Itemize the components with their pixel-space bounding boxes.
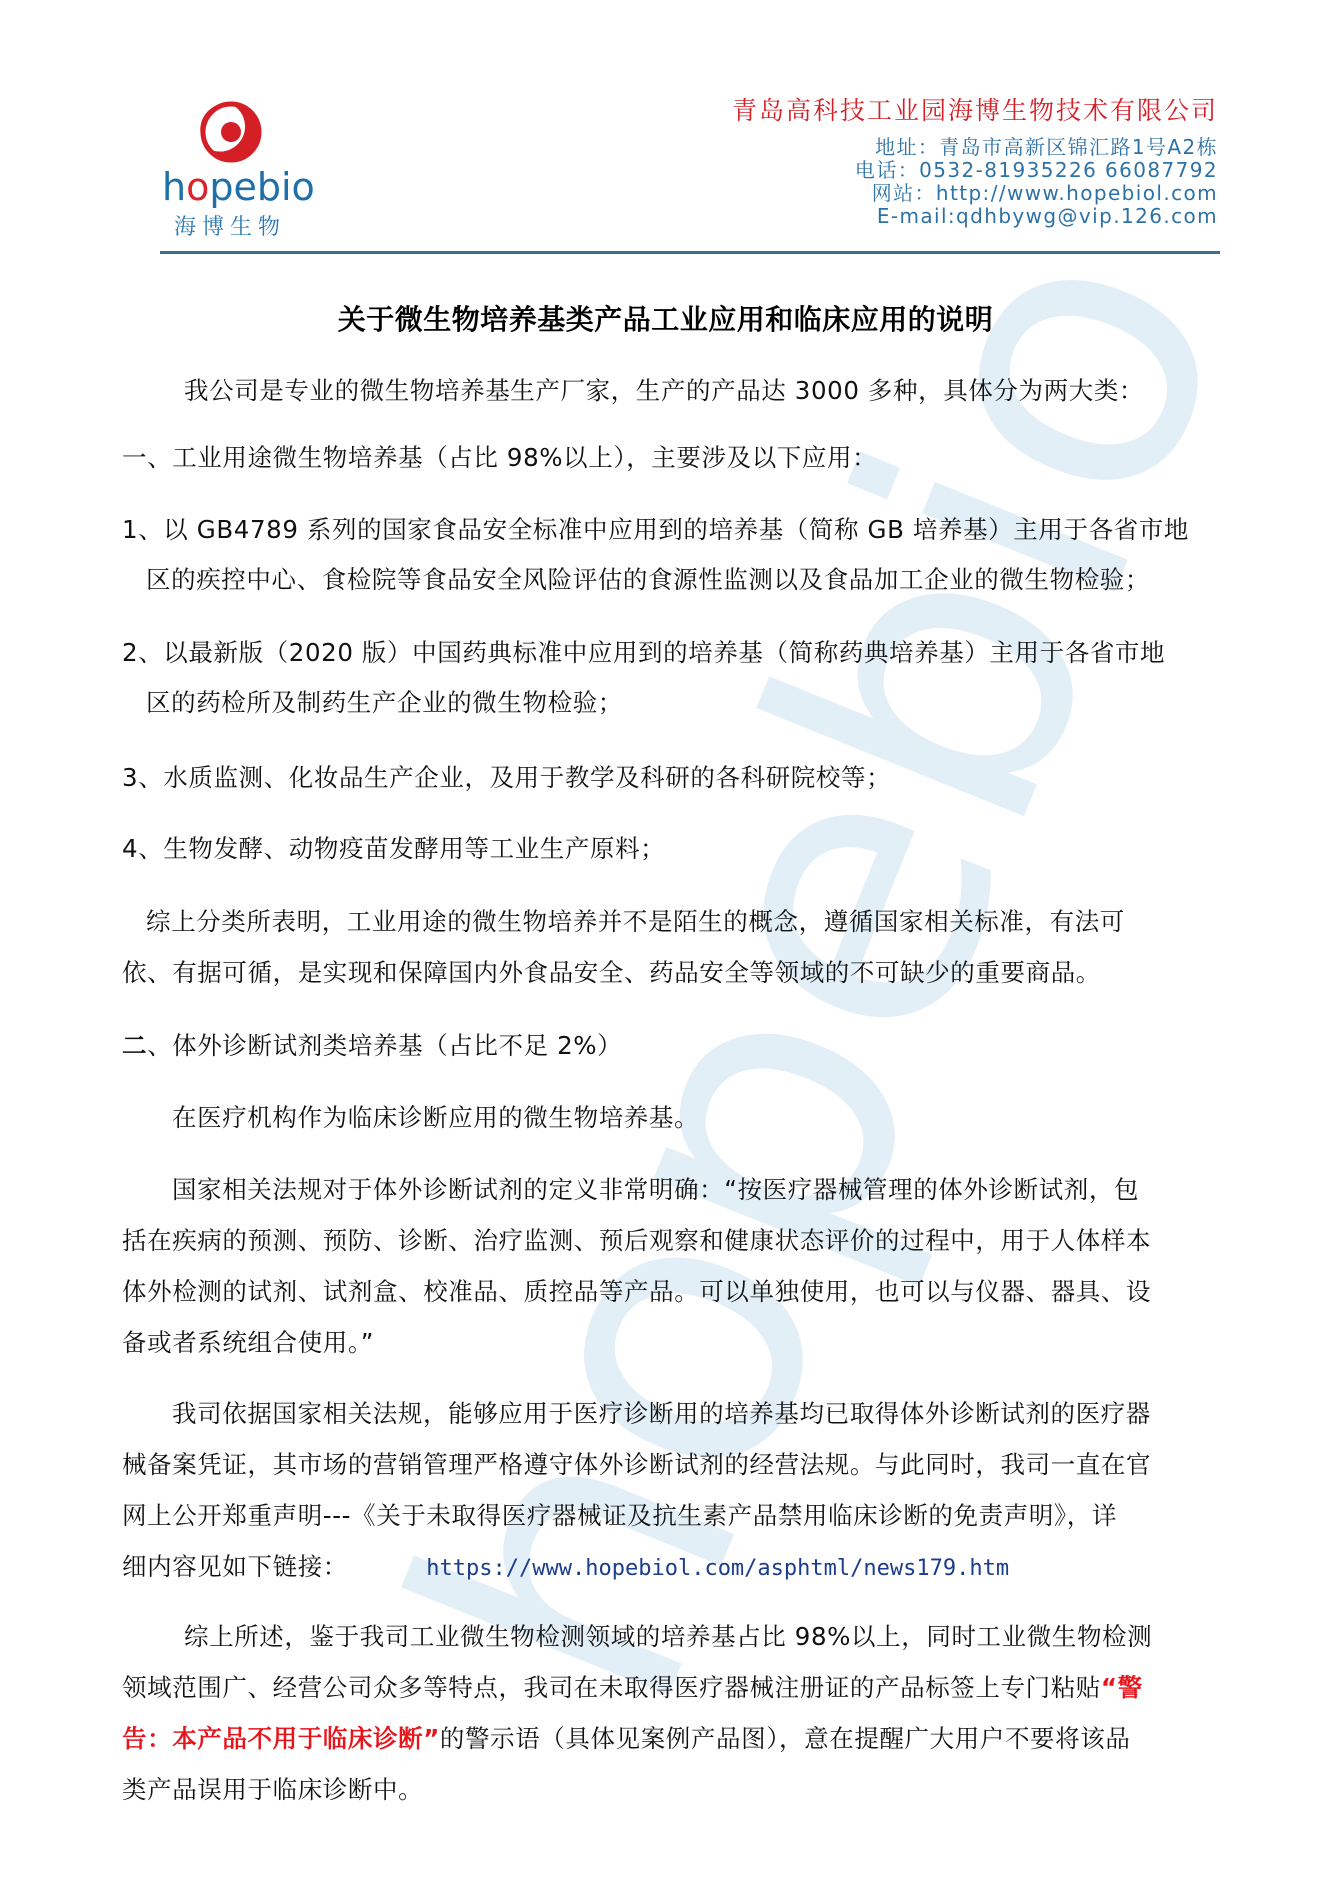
- intro-paragraph: 我公司是专业的微生物培养基生产厂家，生产的产品达 3000 多种，具体分为两大类…: [184, 376, 1144, 406]
- section1-summary-line2: 依、有据可循，是实现和保障国内外食品安全、药品安全等领域的不可缺少的重要商品。: [122, 958, 1101, 988]
- contact-phone: 电话：0532-81935226 66087792: [732, 159, 1218, 182]
- logo-chinese-name: 海博生物: [174, 210, 286, 241]
- item4: 4、生物发酵、动物疫苗发酵用等工业生产原料；: [122, 834, 665, 864]
- logo-wordmark: hopebio: [162, 165, 315, 209]
- definition-line4: 备或者系统组合使用。”: [122, 1328, 374, 1358]
- watermark-layer: hopebio: [0, 0, 1331, 1883]
- link-row: 细内容见如下链接： https://www.hopebiol.com/aspht…: [122, 1552, 1009, 1584]
- contact-block: 地址：青岛市高新区锦汇路1号A2栋 电话：0532-81935226 66087…: [732, 136, 1218, 228]
- contact-website[interactable]: 网站：http://www.hopebiol.com: [732, 182, 1218, 205]
- header-divider: [160, 251, 1220, 254]
- logo-ring-icon: [200, 101, 262, 163]
- definition-line1: 国家相关法规对于体外诊断试剂的定义非常明确：“按医疗器械管理的体外诊断试剂，包: [172, 1175, 1139, 1205]
- warning-label: 告：本产品不用于临床诊断”: [122, 1724, 440, 1753]
- company-info: 青岛高科技工业园海博生物技术有限公司 地址：青岛市高新区锦汇路1号A2栋 电话：…: [732, 96, 1218, 228]
- item2-line1: 2、以最新版（2020 版）中国药典标准中应用到的培养基（简称药典培养基）主用于…: [122, 638, 1165, 668]
- definition-line3: 体外检测的试剂、试剂盒、校准品、质控品等产品。可以单独使用，也可以与仪器、器具、…: [122, 1277, 1151, 1307]
- compliance-line2: 械备案凭证，其市场的营销管理严格遵守体外诊断试剂的经营法规。与此同时，我司一直在…: [122, 1450, 1151, 1480]
- section2-description: 在医疗机构作为临床诊断应用的微生物培养基。: [172, 1103, 699, 1133]
- compliance-line3: 网上公开郑重声明---《关于未取得医疗器械证及抗生素产品禁用临床诊断的免责声明》…: [122, 1501, 1117, 1531]
- conclusion-line4: 类产品误用于临床诊断中。: [122, 1775, 423, 1805]
- item1-line1: 1、以 GB4789 系列的国家食品安全标准中应用到的培养基（简称 GB 培养基…: [122, 515, 1189, 545]
- definition-line2: 括在疾病的预测、预防、诊断、治疗监测、预后观察和健康状态评价的过程中，用于人体样…: [122, 1226, 1151, 1256]
- section1-summary-line1: 综上分类所表明，工业用途的微生物培养并不是陌生的概念，遵循国家相关标准，有法可: [146, 907, 1125, 937]
- compliance-line1: 我司依据国家相关法规，能够应用于医疗诊断用的培养基均已取得体外诊断试剂的医疗器: [172, 1399, 1151, 1429]
- item2-line2: 区的药检所及制药生产企业的微生物检验；: [146, 688, 623, 718]
- document-title: 关于微生物培养基类产品工业应用和临床应用的说明: [0, 298, 1331, 338]
- warning-label-start: “警: [1101, 1673, 1143, 1702]
- contact-email[interactable]: E-mail:qdhbywg@vip.126.com: [732, 205, 1218, 228]
- link-label: 细内容见如下链接：: [122, 1552, 348, 1581]
- disclaimer-link[interactable]: https://www.hopebiol.com/asphtml/news179…: [426, 1556, 1009, 1581]
- letterhead: hopebio 海博生物 青岛高科技工业园海博生物技术有限公司 地址：青岛市高新…: [0, 0, 1331, 260]
- contact-address: 地址：青岛市高新区锦汇路1号A2栋: [732, 136, 1218, 159]
- company-name: 青岛高科技工业园海博生物技术有限公司: [732, 96, 1218, 126]
- section1-heading: 一、工业用途微生物培养基（占比 98%以上），主要涉及以下应用：: [122, 443, 877, 473]
- conclusion-line2: 领域范围广、经营公司众多等特点，我司在未取得医疗器械注册证的产品标签上专门粘贴“…: [122, 1673, 1143, 1703]
- section2-heading: 二、体外诊断试剂类培养基（占比不足 2%）: [122, 1031, 622, 1061]
- item1-line2: 区的疾控中心、食检院等食品安全风险评估的食源性监测以及食品加工企业的微生物检验；: [146, 565, 1150, 595]
- conclusion-line1: 综上所述，鉴于我司工业微生物检测领域的培养基占比 98%以上，同时工业微生物检测: [184, 1622, 1152, 1652]
- company-logo: hopebio 海博生物: [160, 95, 320, 240]
- item3: 3、水质监测、化妆品生产企业，及用于教学及科研的各科研院校等；: [122, 763, 891, 793]
- conclusion-line3: 告：本产品不用于临床诊断”的警示语（具体见案例产品图），意在提醒广大用户不要将该…: [122, 1724, 1130, 1754]
